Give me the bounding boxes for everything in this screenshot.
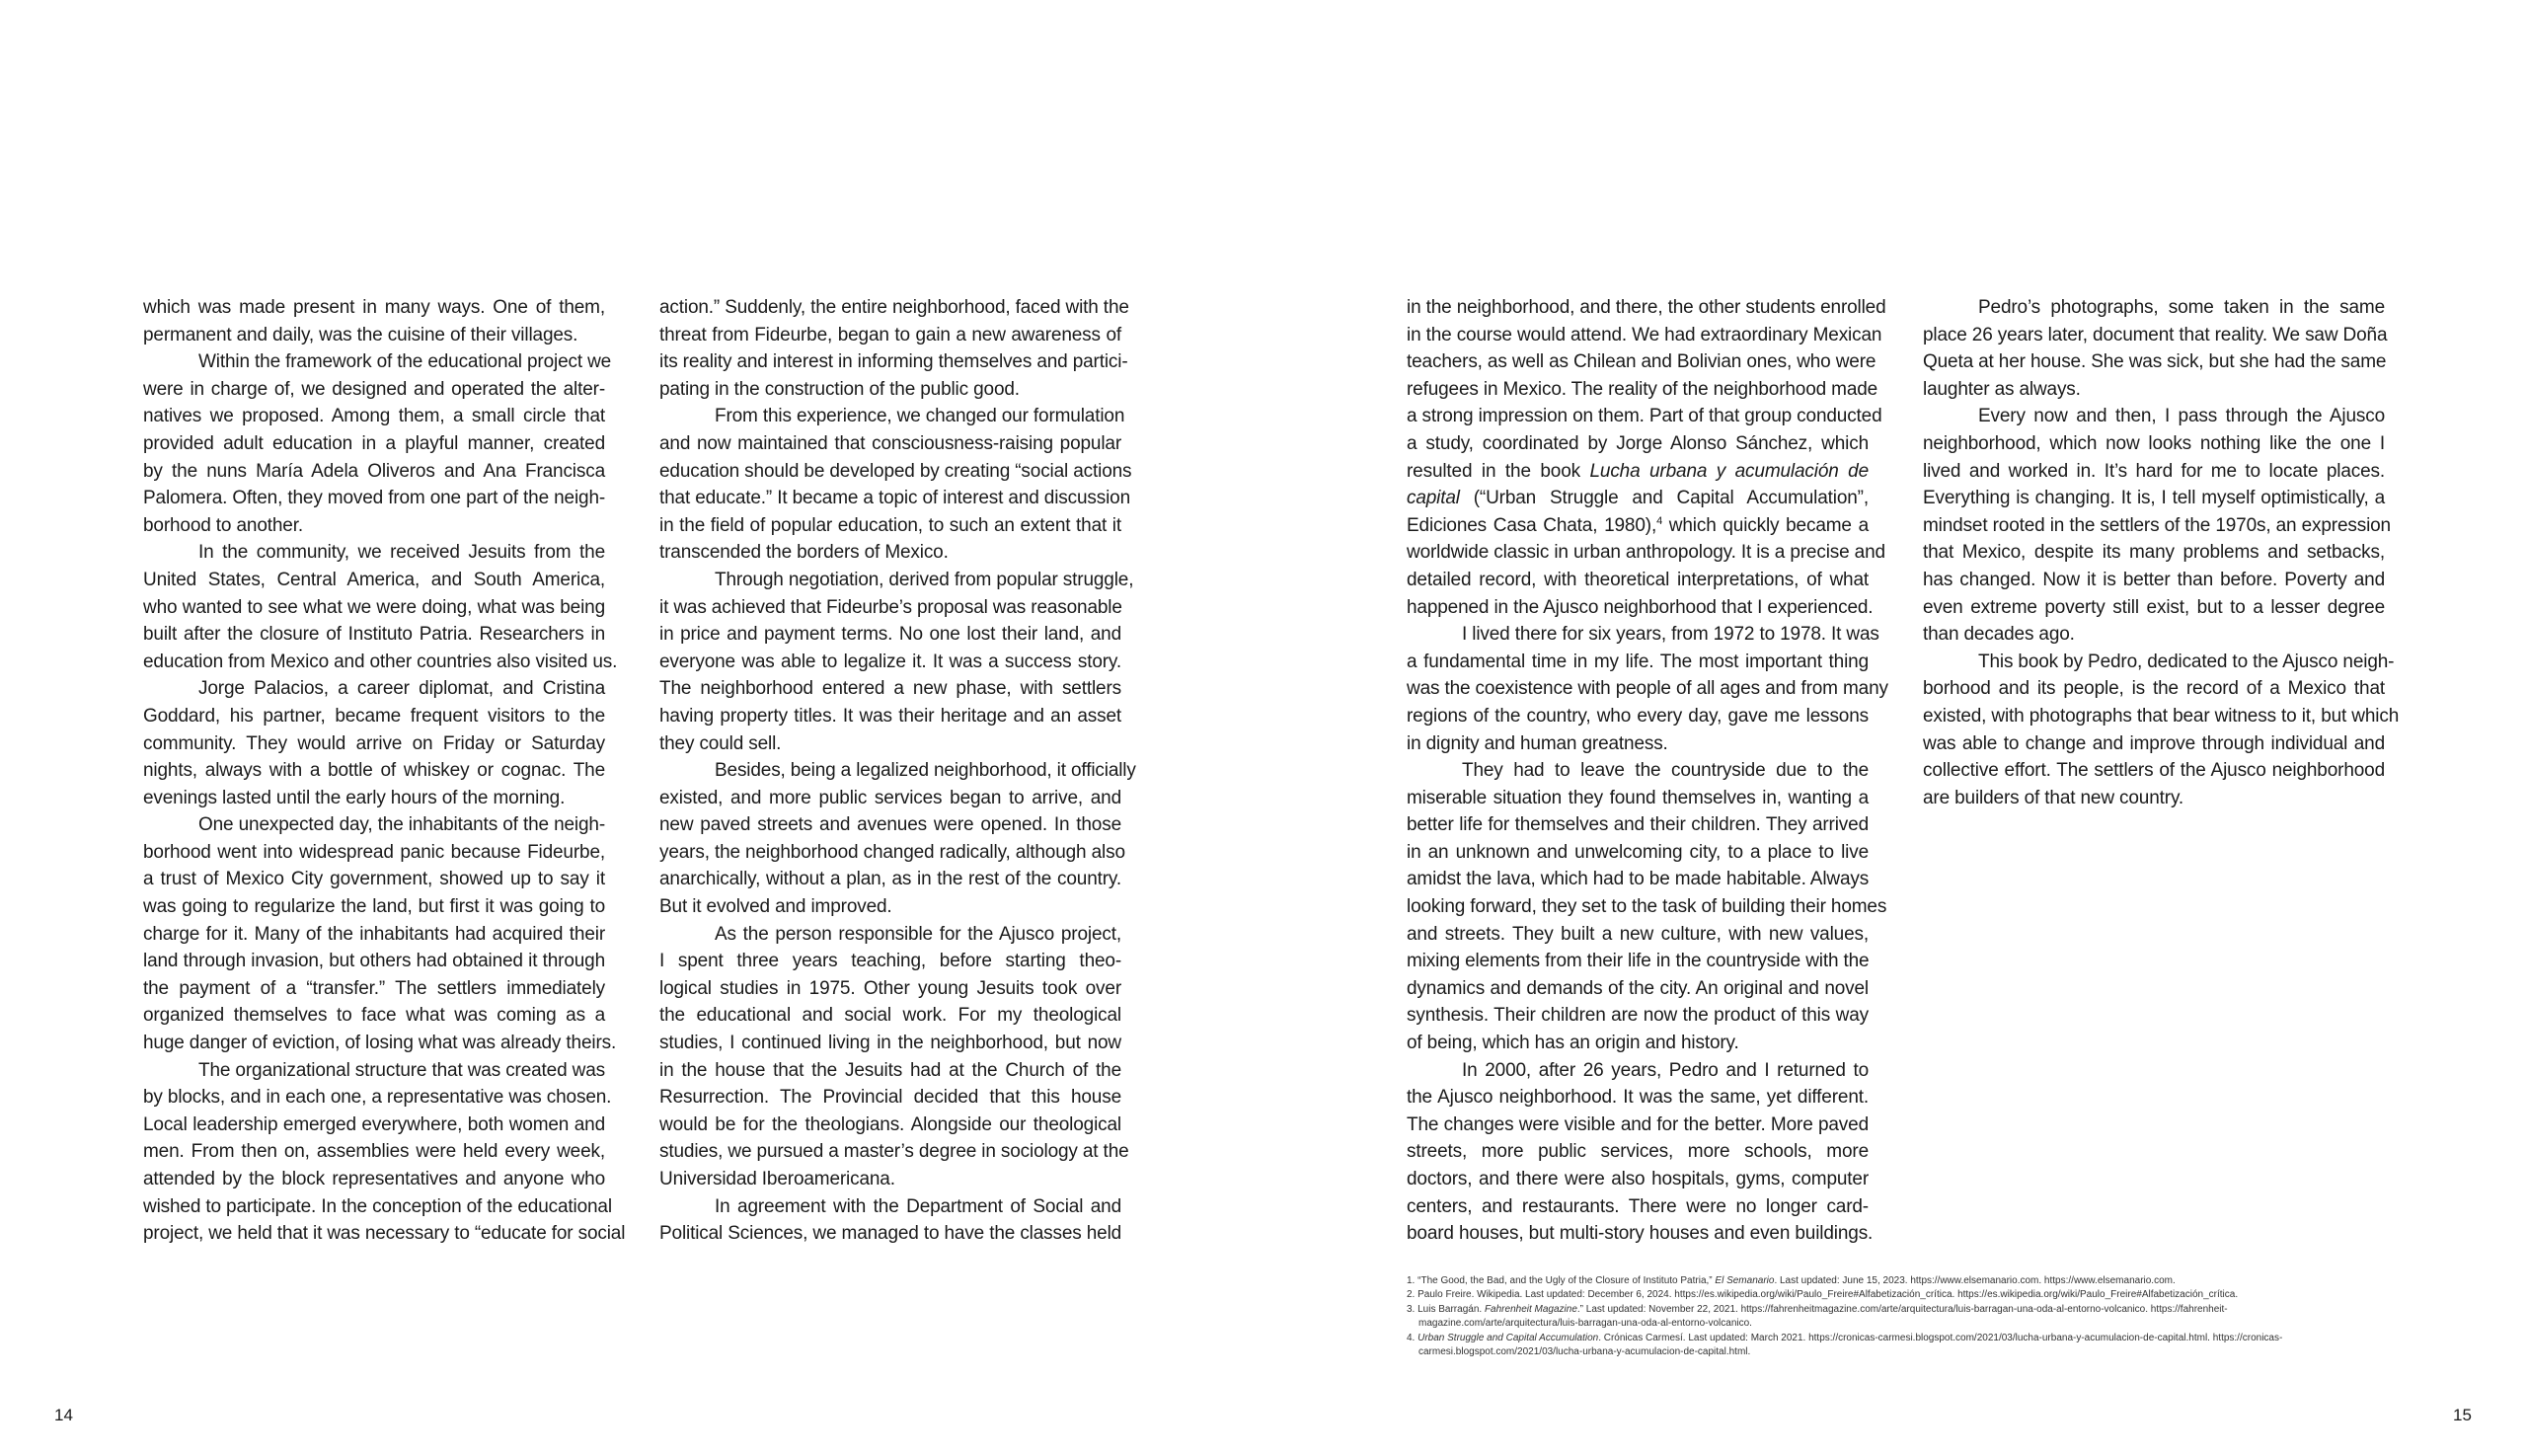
book-title-line: resulted in the book Lucha urbana y acum…: [1407, 458, 1869, 486]
text-line: borhood and its people, is the record of…: [1923, 675, 2385, 703]
text-line: collective effort. The settlers of the A…: [1923, 757, 2385, 785]
text-line: Political Sciences, we managed to have t…: [659, 1220, 1121, 1248]
text-line: of being, which has an origin and histor…: [1407, 1030, 1869, 1057]
text-line: Palomera. Often, they moved from one par…: [143, 485, 605, 512]
footnote-4: 4. Urban Struggle and Capital Accumulati…: [1407, 1332, 2384, 1360]
text-line: worldwide classic in urban anthropology.…: [1407, 539, 1869, 567]
text-line: natives we proposed. Among them, a small…: [143, 403, 605, 430]
text-line: they could sell.: [659, 730, 1121, 758]
text-line: amidst the lava, which had to be made ha…: [1407, 866, 1869, 893]
text-line: doctors, and there were also hospitals, …: [1407, 1166, 1869, 1193]
text-line: They had to leave the countryside due to…: [1407, 757, 1869, 785]
text-line: refugees in Mexico. The reality of the n…: [1407, 376, 1869, 404]
footnote-1: 1. “The Good, the Bad, and the Ugly of t…: [1407, 1274, 2384, 1288]
text-line: Through negotiation, derived from popula…: [659, 567, 1121, 594]
column-3-lines-before: in the neighborhood, and there, the othe…: [1407, 294, 1869, 458]
page-number-left: 14: [54, 1406, 73, 1425]
text-line: Every now and then, I pass through the A…: [1923, 403, 2385, 430]
text-line: centers, and restaurants. There were no …: [1407, 1193, 1869, 1221]
text-line: laughter as always.: [1923, 376, 2385, 404]
text-line: built after the closure of Instituto Pat…: [143, 621, 605, 649]
text-line: In 2000, after 26 years, Pedro and I ret…: [1407, 1057, 1869, 1085]
text-line: Goddard, his partner, became frequent vi…: [143, 703, 605, 730]
text-line: One unexpected day, the inhabitants of t…: [143, 811, 605, 839]
text-line: existed, and more public services began …: [659, 785, 1121, 812]
right-page: in the neighborhood, and there, the othe…: [1263, 0, 2527, 1456]
text-line: anarchically, without a plan, as in the …: [659, 866, 1121, 893]
footnote-2: 2. Paulo Freire. Wikipedia. Last updated…: [1407, 1288, 2384, 1302]
column-3-lines-after: worldwide classic in urban anthropology.…: [1407, 539, 1869, 1247]
text-line: neighborhood, which now looks nothing li…: [1923, 430, 2385, 458]
text-line: attended by the block representatives an…: [143, 1166, 605, 1193]
text-line: huge danger of eviction, of losing what …: [143, 1030, 605, 1057]
text-line: a fundamental time in my life. The most …: [1407, 649, 1869, 676]
text-line: The neighborhood entered a new phase, wi…: [659, 675, 1121, 703]
text-line: project, we held that it was necessary t…: [143, 1220, 605, 1248]
text-line: new paved streets and avenues were opene…: [659, 811, 1121, 839]
text-line: in the course would attend. We had extra…: [1407, 322, 1869, 349]
text-line: and now maintained that consciousness-ra…: [659, 430, 1121, 458]
text-line: was going to regularize the land, but fi…: [143, 893, 605, 921]
text-line: was able to change and improve through i…: [1923, 730, 2385, 758]
text-line: in dignity and human greatness.: [1407, 730, 1869, 758]
text-line: United States, Central America, and Sout…: [143, 567, 605, 594]
text-line: land through invasion, but others had ob…: [143, 948, 605, 975]
text-line: studies, I continued living in the neigh…: [659, 1030, 1121, 1057]
text-line: in an unknown and unwelcoming city, to a…: [1407, 839, 1869, 867]
text-line: action.” Suddenly, the entire neighborho…: [659, 294, 1121, 322]
text-line: The changes were visible and for the bet…: [1407, 1111, 1869, 1139]
text-line: in the field of popular education, to su…: [659, 512, 1121, 540]
text-line: miserable situation they found themselve…: [1407, 785, 1869, 812]
text-line: the payment of a “transfer.” The settler…: [143, 975, 605, 1003]
text-line: happened in the Ajusco neighborhood that…: [1407, 594, 1869, 622]
text-line: Resurrection. The Provincial decided tha…: [659, 1084, 1121, 1111]
text-line: As the person responsible for the Ajusco…: [659, 921, 1121, 949]
text-line: Queta at her house. She was sick, but sh…: [1923, 348, 2385, 376]
text-line: that educate.” It became a topic of inte…: [659, 485, 1121, 512]
text-line: detailed record, with theoretical interp…: [1407, 567, 1869, 594]
text-line: were in charge of, we designed and opera…: [143, 376, 605, 404]
text-line: evenings lasted until the early hours of…: [143, 785, 605, 812]
text-line: mixing elements from their life in the c…: [1407, 948, 1869, 975]
text-line: are builders of that new country.: [1923, 785, 2385, 812]
text-line: threat from Fideurbe, began to gain a ne…: [659, 322, 1121, 349]
text-line: Besides, being a legalized neighborhood,…: [659, 757, 1121, 785]
text-line: Pedro’s photographs, some taken in the s…: [1923, 294, 2385, 322]
text-line: board houses, but multi-story houses and…: [1407, 1220, 1869, 1248]
text-line: was the coexistence with people of all a…: [1407, 675, 1869, 703]
book-title-italic: Lucha urbana y acumulación de: [1589, 461, 1869, 482]
text-line: dynamics and demands of the city. An ori…: [1407, 975, 1869, 1003]
text-line: permanent and daily, was the cuisine of …: [143, 322, 605, 349]
text-line: would be for the theologians. Alongside …: [659, 1111, 1121, 1139]
text-line: years, the neighborhood changed radicall…: [659, 839, 1121, 867]
text-line: better life for themselves and their chi…: [1407, 811, 1869, 839]
text-line: it was achieved that Fideurbe’s proposal…: [659, 594, 1121, 622]
text-line: a trust of Mexico City government, showe…: [143, 866, 605, 893]
text-line: streets, more public services, more scho…: [1407, 1138, 1869, 1166]
body-column-3: in the neighborhood, and there, the othe…: [1407, 294, 1869, 1248]
text-line: studies, we pursued a master’s degree in…: [659, 1138, 1121, 1166]
text-line: Everything is changing. It is, I tell my…: [1923, 485, 2385, 512]
text-line: Universidad Iberoamericana.: [659, 1166, 1121, 1193]
text-line: I spent three years teaching, before sta…: [659, 948, 1121, 975]
text-line: everyone was able to legalize it. It was…: [659, 649, 1121, 676]
text-line: men. From then on, assemblies were held …: [143, 1138, 605, 1166]
page-number-right: 15: [2453, 1406, 2472, 1425]
text-line: by the nuns María Adela Oliveros and Ana…: [143, 458, 605, 486]
text-line: existed, with photographs that bear witn…: [1923, 703, 2385, 730]
footnotes: 1. “The Good, the Bad, and the Ugly of t…: [1407, 1274, 2384, 1359]
text-line: place 26 years later, document that real…: [1923, 322, 2385, 349]
text-line: that Mexico, despite its many problems a…: [1923, 539, 2385, 567]
text-line: I lived there for six years, from 1972 t…: [1407, 621, 1869, 649]
text-line: wished to participate. In the conception…: [143, 1193, 605, 1221]
book-title-line-2: capital (“Urban Struggle and Capital Acc…: [1407, 485, 1869, 512]
text-line: borhood went into widespread panic becau…: [143, 839, 605, 867]
text-line: even extreme poverty still exist, but to…: [1923, 594, 2385, 622]
text-line: nights, always with a bottle of whiskey …: [143, 757, 605, 785]
text-line: pating in the construction of the public…: [659, 376, 1121, 404]
text-line: This book by Pedro, dedicated to the Aju…: [1923, 649, 2385, 676]
text-line: synthesis. Their children are now the pr…: [1407, 1002, 1869, 1030]
text-line: transcended the borders of Mexico.: [659, 539, 1121, 567]
text-line: regions of the country, who every day, g…: [1407, 703, 1869, 730]
text-line: charge for it. Many of the inhabitants h…: [143, 921, 605, 949]
book-title-italic-2: capital: [1407, 488, 1460, 508]
text-line: organized themselves to face what was co…: [143, 1002, 605, 1030]
text-line: The organizational structure that was cr…: [143, 1057, 605, 1085]
text-line: education from Mexico and other countrie…: [143, 649, 605, 676]
text-line: From this experience, we changed our for…: [659, 403, 1121, 430]
text-line: community. They would arrive on Friday o…: [143, 730, 605, 758]
text-line: Local leadership emerged everywhere, bot…: [143, 1111, 605, 1139]
body-column-2: action.” Suddenly, the entire neighborho…: [659, 294, 1121, 1248]
text-line: In the community, we received Jesuits fr…: [143, 539, 605, 567]
text-line: having property titles. It was their her…: [659, 703, 1121, 730]
text-line: borhood to another.: [143, 512, 605, 540]
text-line: a strong impression on them. Part of tha…: [1407, 403, 1869, 430]
text-line: looking forward, they set to the task of…: [1407, 893, 1869, 921]
text-line: Jorge Palacios, a career diplomat, and C…: [143, 675, 605, 703]
text-line: and streets. They built a new culture, w…: [1407, 921, 1869, 949]
text-line: provided adult education in a playful ma…: [143, 430, 605, 458]
left-page: which was made present in many ways. One…: [0, 0, 1263, 1456]
text-line: In agreement with the Department of Soci…: [659, 1193, 1121, 1221]
text-line: who wanted to see what we were doing, wh…: [143, 594, 605, 622]
text-line: mindset rooted in the settlers of the 19…: [1923, 512, 2385, 540]
text-line: has changed. Now it is better than befor…: [1923, 567, 2385, 594]
footnote-3: 3. Luis Barragán. Fahrenheit Magazine.” …: [1407, 1303, 2384, 1332]
text-line: in the neighborhood, and there, the othe…: [1407, 294, 1869, 322]
text-line: education should be developed by creatin…: [659, 458, 1121, 486]
text-line: in price and payment terms. No one lost …: [659, 621, 1121, 649]
text-line: But it evolved and improved.: [659, 893, 1121, 921]
text-line: its reality and interest in informing th…: [659, 348, 1121, 376]
footnote-ref-line: Ediciones Casa Chata, 1980),4 which quic…: [1407, 512, 1869, 540]
text-line: a study, coordinated by Jorge Alonso Sán…: [1407, 430, 1869, 458]
text-line: by blocks, and in each one, a representa…: [143, 1084, 605, 1111]
text-line: lived and worked in. It’s hard for me to…: [1923, 458, 2385, 486]
text-line: teachers, as well as Chilean and Bolivia…: [1407, 348, 1869, 376]
text-line: in the house that the Jesuits had at the…: [659, 1057, 1121, 1085]
text-line: logical studies in 1975. Other young Jes…: [659, 975, 1121, 1003]
text-line: the Ajusco neighborhood. It was the same…: [1407, 1084, 1869, 1111]
text-line: Within the framework of the educational …: [143, 348, 605, 376]
text-line: which was made present in many ways. One…: [143, 294, 605, 322]
text-line: than decades ago.: [1923, 621, 2385, 649]
body-column-4: Pedro’s photographs, some taken in the s…: [1923, 294, 2385, 811]
body-column-1: which was made present in many ways. One…: [143, 294, 605, 1248]
text-line: the educational and social work. For my …: [659, 1002, 1121, 1030]
